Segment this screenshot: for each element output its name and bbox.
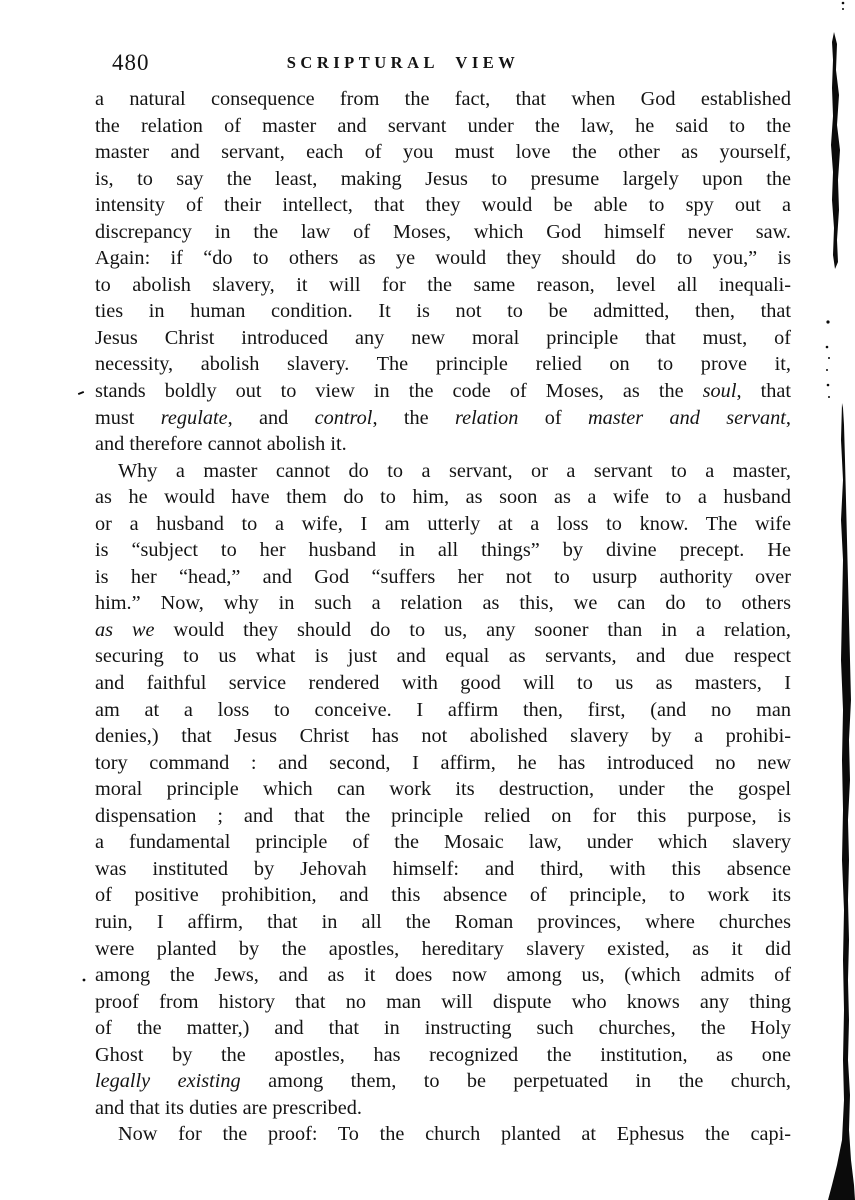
text-line: Ghost by the apostles, has recognized th… <box>95 1042 791 1069</box>
text-line: Why a master cannot do to a servant, or … <box>95 458 791 485</box>
text-line: master and servant, each of you must lov… <box>95 139 791 166</box>
text-line: the relation of master and servant under… <box>95 113 791 140</box>
speck <box>826 320 829 323</box>
speck <box>78 391 84 395</box>
text-line: stands boldly out to view in the code of… <box>95 378 791 405</box>
text-line: a fundamental principle of the Mosaic la… <box>95 829 791 856</box>
speck <box>826 369 828 371</box>
text-line: am at a loss to conceive. I affirm then,… <box>95 697 791 724</box>
running-head: SCRIPTURAL VIEW <box>287 53 520 73</box>
paragraph: Why a master cannot do to a servant, or … <box>95 458 791 1122</box>
text-line: must regulate, and control, the relation… <box>95 405 791 432</box>
text-line: Jesus Christ introduced any new moral pr… <box>95 325 791 352</box>
right-streak-upper <box>831 32 840 269</box>
text-line: ties in human condition. It is not to be… <box>95 298 791 325</box>
text-line: discrepancy in the law of Moses, which G… <box>95 219 791 246</box>
text-line: to abolish slavery, it will for the same… <box>95 272 791 299</box>
text-line: Now for the proof: To the church planted… <box>95 1121 791 1148</box>
text-line: and faithful service rendered with good … <box>95 670 791 697</box>
text-line: intensity of their intellect, that they … <box>95 192 791 219</box>
text-line: him.” Now, why in such a relation as thi… <box>95 590 791 617</box>
text-line: ruin, I affirm, that in all the Roman pr… <box>95 909 791 936</box>
speck <box>828 357 830 359</box>
right-streak-lower <box>828 403 855 1200</box>
text-line: dispensation ; and that the principle re… <box>95 803 791 830</box>
text-line: is “subject to her husband in all things… <box>95 537 791 564</box>
paragraph: Now for the proof: To the church planted… <box>95 1121 791 1148</box>
speck <box>828 396 830 398</box>
text-line: Again: if “do to others as ye would they… <box>95 245 791 272</box>
text-line: is, to say the least, making Jesus to pr… <box>95 166 791 193</box>
text-line: and that its duties are prescribed. <box>95 1095 791 1122</box>
book-page: 480 SCRIPTURAL VIEW a natural consequenc… <box>0 0 855 1200</box>
page-number: 480 <box>112 50 150 76</box>
text-line: of positive prohibition, and this absenc… <box>95 882 791 909</box>
text-line: necessity, abolish slavery. The principl… <box>95 351 791 378</box>
text-line: securing to us what is just and equal as… <box>95 643 791 670</box>
text-line: was instituted by Jehovah himself: and t… <box>95 856 791 883</box>
text-line: tory command : and second, I affirm, he … <box>95 750 791 777</box>
speck <box>826 346 829 349</box>
text-line: a natural consequence from the fact, tha… <box>95 86 791 113</box>
paragraph: a natural consequence from the fact, tha… <box>95 86 791 458</box>
speck <box>83 979 86 982</box>
text-line: denies,) that Jesus Christ has not aboli… <box>95 723 791 750</box>
text-line: among the Jews, and as it does now among… <box>95 962 791 989</box>
text-line: or a husband to a wife, I am utterly at … <box>95 511 791 538</box>
text-line: legally existing among them, to be perpe… <box>95 1068 791 1095</box>
speck <box>842 8 844 10</box>
speck <box>827 384 830 387</box>
text-line: as he would have them do to him, as soon… <box>95 484 791 511</box>
text-line: were planted by the apostles, hereditary… <box>95 936 791 963</box>
text-line: is her “head,” and God “suffers her not … <box>95 564 791 591</box>
text-block: a natural consequence from the fact, tha… <box>95 86 791 1148</box>
text-line: proof from history that no man will disp… <box>95 989 791 1016</box>
text-line: of the matter,) and that in instructing … <box>95 1015 791 1042</box>
text-line: moral principle which can work its destr… <box>95 776 791 803</box>
text-line: and therefore cannot abolish it. <box>95 431 791 458</box>
text-line: as we would they should do to us, any so… <box>95 617 791 644</box>
speck <box>842 2 845 5</box>
